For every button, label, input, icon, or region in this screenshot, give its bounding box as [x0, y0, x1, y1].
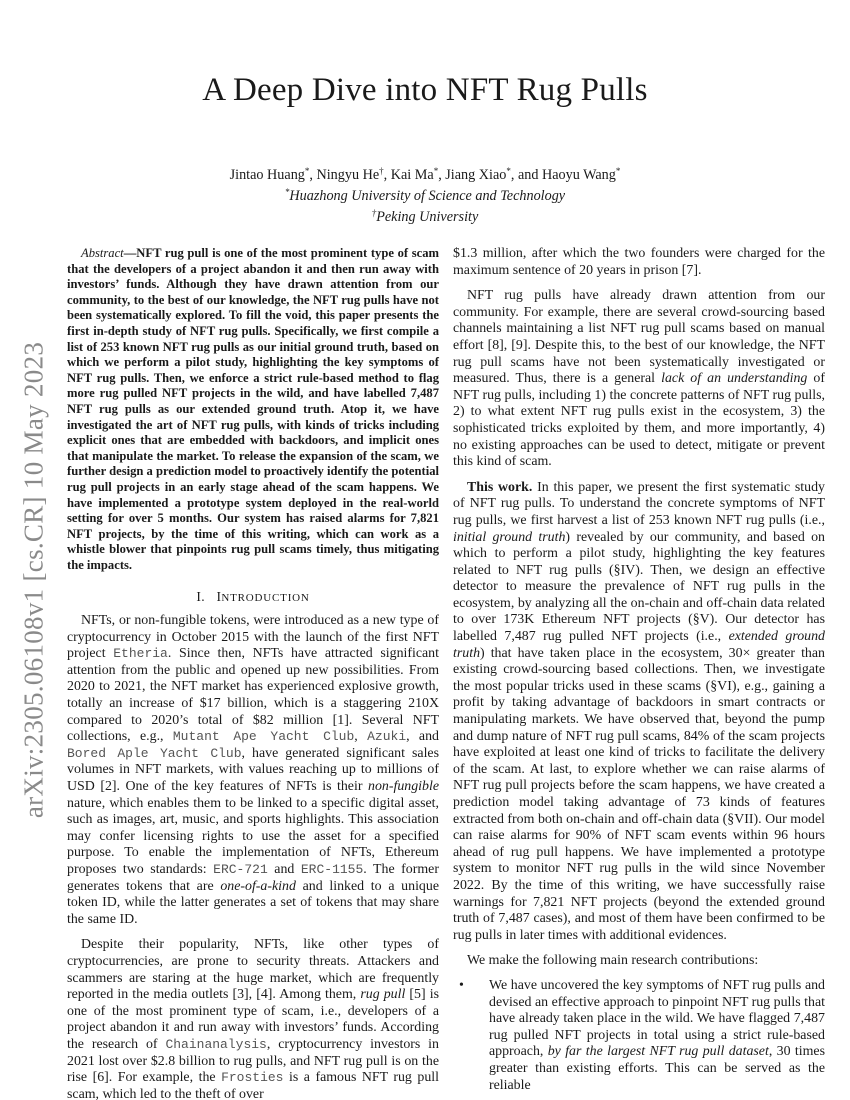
- emphasis: initial ground truth: [453, 530, 565, 545]
- author-name: Kai Ma: [391, 167, 434, 183]
- code-term: ERC-1155: [301, 862, 363, 877]
- contributions-list: • We have uncovered the key symptoms of …: [453, 978, 825, 1094]
- author-name: Jintao Huang: [230, 167, 305, 183]
- abstract: Abstract—NFT rug pull is one of the most…: [67, 246, 439, 573]
- affiliation-2: †Peking University: [0, 205, 850, 226]
- author-name: Haoyu Wang: [542, 167, 616, 183]
- author-list: Jintao Huang*, Ningyu He†, Kai Ma*, Jian…: [0, 163, 850, 184]
- affiliation-name: Huazhong University of Science and Techn…: [289, 188, 565, 204]
- intro-paragraph-1: NFTs, or non-fungible tokens, were intro…: [67, 613, 439, 928]
- emphasis: by far the largest NFT rug pull dataset: [548, 1044, 769, 1059]
- arxiv-identifier-stamp: arXiv:2305.06108v1 [cs.CR] 10 May 2023: [14, 290, 54, 870]
- affiliation-1: *Huazhong University of Science and Tech…: [0, 184, 850, 205]
- text-run: and: [268, 862, 301, 877]
- code-term: Bored Aple Yacht Club: [67, 746, 242, 761]
- code-term: Mutant Ape Yacht Club: [173, 729, 354, 744]
- author-affil-mark: *: [506, 166, 511, 176]
- text-run: ) revealed by our community, and based o…: [453, 530, 825, 645]
- author-affil-mark: *: [305, 166, 310, 176]
- abstract-text: —NFT rug pull is one of the most promine…: [67, 246, 439, 572]
- section-title-rest: NTRODUCTION: [221, 592, 309, 604]
- intro-paragraph-this-work: This work. In this paper, we present the…: [453, 480, 825, 945]
- right-column: $1.3 million, after which the two founde…: [453, 246, 825, 1094]
- intro-paragraph-2: Despite their popularity, NFTs, like oth…: [67, 937, 439, 1100]
- code-term: Frosties: [221, 1070, 283, 1085]
- emphasis: rug pull: [360, 987, 405, 1002]
- author-name: Jiang Xiao: [445, 167, 506, 183]
- emphasis: lack of an understanding: [661, 371, 807, 386]
- code-term: ERC-721: [213, 862, 268, 877]
- contributions-intro: We make the following main research cont…: [453, 953, 825, 970]
- code-term: Azuki: [367, 729, 406, 744]
- intro-paragraph-2-continued: $1.3 million, after which the two founde…: [453, 246, 825, 279]
- author-affil-mark: †: [379, 166, 384, 176]
- text-run: , and: [406, 729, 439, 744]
- left-column: Abstract—NFT rug pull is one of the most…: [67, 246, 439, 1100]
- arxiv-id-text: arXiv:2305.06108v1 [cs.CR] 10 May 2023: [19, 342, 50, 818]
- text-run: ) that have taken place in the ecosystem…: [453, 646, 825, 943]
- section-heading-introduction: I. INTRODUCTION: [67, 589, 439, 607]
- code-term: Etheria: [113, 646, 168, 661]
- section-number: I.: [196, 589, 205, 604]
- contribution-item: • We have uncovered the key symptoms of …: [453, 978, 825, 1094]
- paragraph-lead: This work.: [467, 480, 532, 495]
- code-term: Chainanalysis: [165, 1037, 266, 1052]
- paper-title: A Deep Dive into NFT Rug Pulls: [0, 72, 850, 109]
- author-block: Jintao Huang*, Ningyu He†, Kai Ma*, Jian…: [0, 163, 850, 226]
- intro-paragraph-3: NFT rug pulls have already drawn attenti…: [453, 288, 825, 471]
- abstract-label: Abstract: [81, 246, 124, 260]
- author-affil-mark: *: [616, 166, 621, 176]
- emphasis: non-fungible: [368, 779, 439, 794]
- text-run: ,: [354, 729, 367, 744]
- author-name: Ningyu He: [316, 167, 379, 183]
- emphasis: one-of-a-kind: [220, 879, 296, 894]
- author-affil-mark: *: [434, 166, 439, 176]
- bullet-icon: •: [459, 978, 464, 995]
- affiliation-name: Peking University: [376, 209, 478, 225]
